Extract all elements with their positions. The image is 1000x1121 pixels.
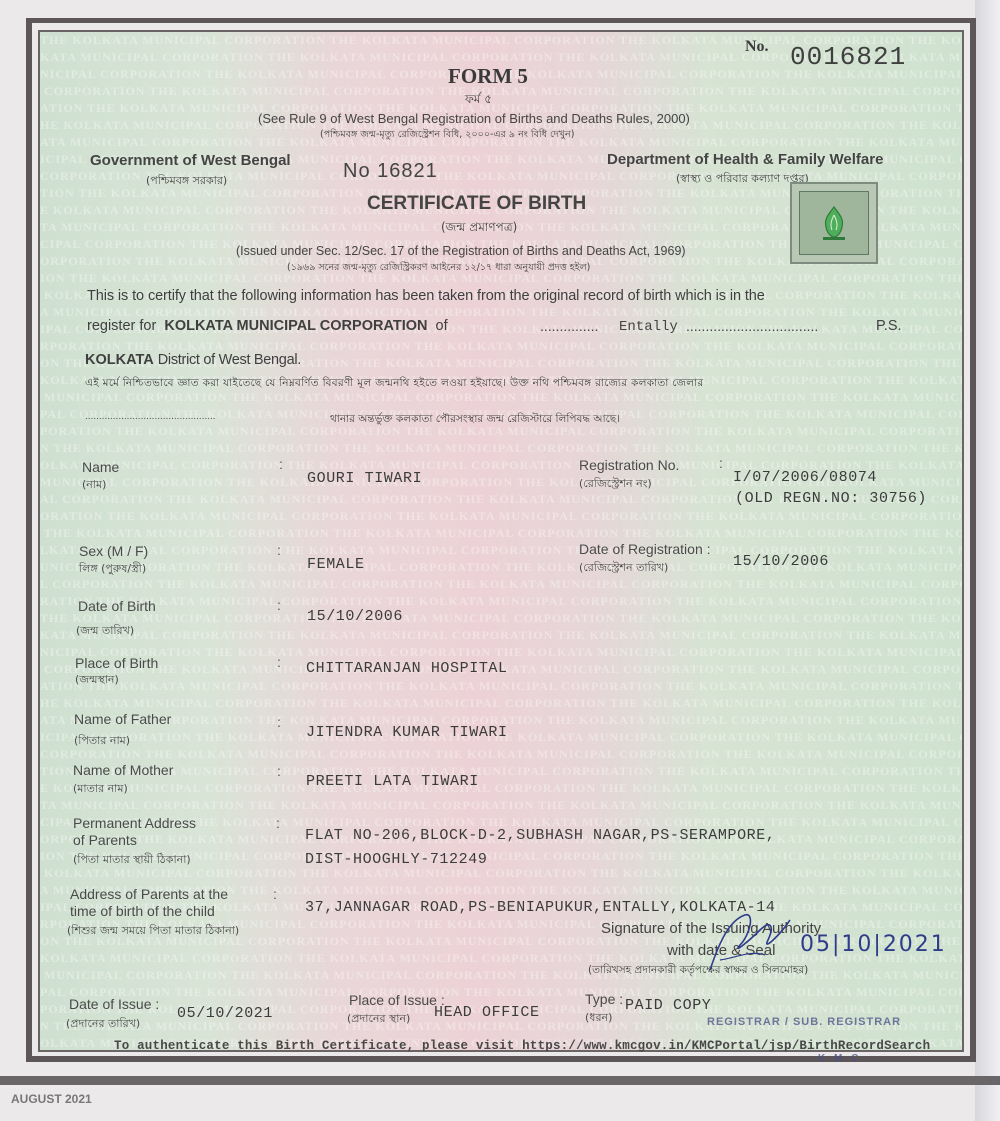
issue-date-label: Date of Issue :	[69, 996, 159, 1012]
birth-address-colon: :	[273, 886, 277, 902]
mother-name-value: PREETI LATA TIWARI	[306, 773, 479, 790]
permanent-address-value-2: DIST-HOOGHLY-712249	[305, 851, 487, 868]
place-of-birth-value: CHITTARANJAN HOSPITAL	[306, 660, 508, 677]
certification-bn-line-2: থানার অন্তর্ভুক্ত কলকাতা পৌরসংস্থার জন্ম…	[330, 412, 620, 429]
dob-colon: :	[277, 597, 281, 613]
registrar-stamp-org: K M C	[818, 1053, 861, 1064]
registration-no-colon: :	[719, 455, 723, 471]
place-of-birth-colon: :	[277, 654, 281, 670]
certification-line-3: KOLKATA District of West Bengal.	[85, 352, 301, 368]
issue-place-label: Place of Issue :	[349, 992, 445, 1008]
form-title: FORM 5	[448, 64, 528, 89]
mother-name-label: Name of Mother	[73, 762, 173, 778]
serial-label: No.	[745, 38, 769, 56]
birth-address-label-1: Address of Parents at the	[70, 886, 228, 902]
serial-number: 0016821	[790, 42, 906, 72]
certification-line-2: register for KOLKATA MUNICIPAL CORPORATI…	[87, 318, 448, 334]
issue-date-value: 05/10/2021	[177, 1005, 273, 1022]
father-name-label-bn: (পিতার নাম)	[74, 732, 130, 751]
register-for-text: register for	[87, 318, 156, 334]
birth-address-label-bn: (শিশুর জন্ম সময়ে পিতা মাতার ঠিকানা)	[67, 922, 239, 941]
authentication-note: To authenticate this Birth Certificate, …	[114, 1039, 930, 1053]
department-label: Department of Health & Family Welfare	[607, 151, 883, 168]
department-label-bn: (স্বাস্থ্য ও পরিবার কল্যাণ দপ্তর)	[676, 170, 809, 189]
police-station-name: Entally	[619, 319, 678, 335]
place-of-birth-label: Place of Birth	[75, 655, 158, 671]
issue-place-value: HEAD OFFICE	[434, 1004, 540, 1021]
type-label-bn: (ধরন)	[585, 1009, 612, 1028]
flame-seal-icon	[814, 203, 854, 243]
permanent-address-label-1: Permanent Address	[73, 815, 196, 831]
birth-address-label-2: time of birth of the child	[70, 903, 215, 919]
old-registration-no: (OLD REGN.NO: 30756)	[735, 490, 927, 507]
registrar-stamp: REGISTRAR / SUB. REGISTRAR	[707, 1016, 901, 1028]
government-label: Government of West Bengal	[90, 152, 291, 169]
certificate-title-bn: (জন্ম প্রমাণপত্র)	[441, 219, 517, 239]
certification-bn-line-1: এই মর্মে নিশ্চিতভাবে জ্ঞাত করা যাইতেছে য…	[85, 376, 703, 393]
district-rest: District of West Bengal.	[158, 352, 301, 368]
name-value: GOURI TIWARI	[307, 470, 422, 487]
ps-label: P.S.	[876, 318, 902, 334]
name-label-bn: (নাম)	[82, 476, 106, 495]
signature-scribble-icon	[690, 900, 800, 980]
page-edge	[975, 0, 1000, 1121]
issue-date-label-bn: (প্রদানের তারিখ)	[66, 1015, 140, 1034]
act-reference: (Issued under Sec. 12/Sec. 17 of the Reg…	[236, 244, 686, 258]
name-colon: :	[279, 456, 283, 472]
registration-date-label: Date of Registration :	[579, 541, 711, 557]
district-name: KOLKATA	[85, 352, 154, 368]
name-label: Name	[82, 459, 119, 475]
act-reference-bn: (১৯৬৯ সনের জন্ম-মৃত্যু রেজিস্ট্রিকরণ আইন…	[287, 261, 590, 276]
dob-value: 15/10/2006	[307, 608, 403, 625]
permanent-address-value-1: FLAT NO-206,BLOCK-D-2,SUBHASH NAGAR,PS-S…	[305, 827, 775, 844]
registration-date-value: 15/10/2006	[733, 553, 829, 570]
sex-colon: :	[277, 542, 281, 558]
handwritten-date: 05|10|2021	[800, 932, 947, 957]
place-of-birth-label-bn: (জন্মস্থান)	[75, 671, 119, 690]
permanent-address-colon: :	[276, 815, 280, 831]
issue-place-label-bn: (প্রদানের স্থান)	[347, 1010, 410, 1029]
print-month: AUGUST 2021	[11, 1092, 92, 1106]
sex-value: FEMALE	[307, 556, 365, 573]
registration-no-label: Registration No.	[579, 457, 679, 473]
dots-left: ...............	[540, 318, 598, 334]
certificate-number: No 16821	[343, 160, 438, 183]
government-label-bn: (পশ্চিমবঙ্গ সরকার)	[146, 172, 227, 191]
father-name-label: Name of Father	[74, 711, 171, 727]
dob-label-bn: (জন্ম তারিখ)	[76, 622, 134, 641]
registration-no-label-bn: (রেজিস্ট্রেশন নং)	[579, 475, 652, 494]
form-title-bn: ফর্ম ৫	[465, 91, 492, 111]
type-label: Type :	[585, 991, 623, 1007]
permanent-address-label-bn: (পিতা মাতার স্থায়ী ঠিকানা)	[73, 851, 191, 870]
permanent-address-label-2: of Parents	[73, 832, 137, 848]
certification-line-1: This is to certify that the following in…	[87, 288, 765, 304]
bn-dots: ........................................…	[85, 411, 216, 422]
rule-reference: (See Rule 9 of West Bengal Registration …	[258, 111, 690, 126]
certificate-title: CERTIFICATE OF BIRTH	[367, 193, 586, 215]
registration-no-value: I/07/2006/08074	[733, 469, 877, 486]
bottom-divider	[0, 1076, 1000, 1085]
copy-type-value: PAID COPY	[625, 997, 711, 1014]
father-name-colon: :	[277, 714, 281, 730]
of-text: of	[436, 318, 448, 334]
rule-reference-bn: (পশ্চিমবঙ্গ জন্ম-মৃত্যু রেজিস্ট্রেশন বিধ…	[320, 128, 574, 143]
sex-label: Sex (M / F)	[79, 543, 148, 559]
sex-label-bn: লিঙ্গ (পুরুষ/স্ত্রী)	[79, 560, 146, 579]
corporation-name: KOLKATA MUNICIPAL CORPORATION	[164, 318, 427, 334]
dob-label: Date of Birth	[78, 598, 156, 614]
mother-name-label-bn: (মাতার নাম)	[73, 780, 128, 799]
registration-date-label-bn: (রেজিস্ট্রেশন তারিখ)	[579, 559, 668, 578]
state-emblem-icon	[790, 182, 878, 264]
dots-right: ..................................	[686, 318, 818, 334]
father-name-value: JITENDRA KUMAR TIWARI	[306, 724, 508, 741]
mother-name-colon: :	[277, 763, 281, 779]
